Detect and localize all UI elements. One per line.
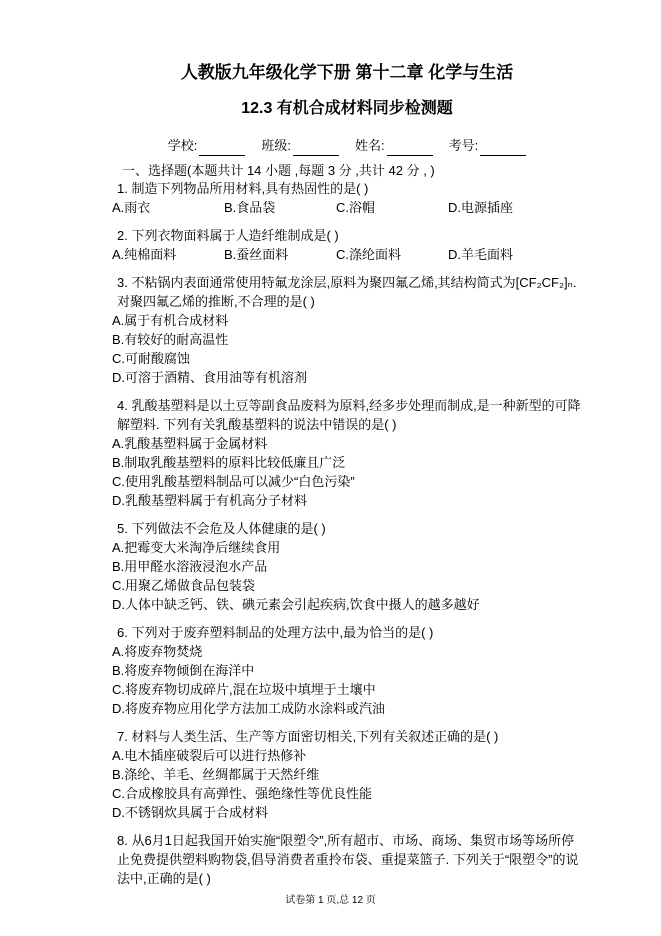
document-title: 人教版九年级化学下册 第十二章 化学与生活: [112, 62, 582, 84]
question-7: 7. 材料与人类生活、生产等方面密切相关,下列有关叙述正确的是( ) A.电木插…: [112, 727, 582, 822]
question-1-options: A.雨衣 B.食品袋 C.浴帽 D.电源插座: [112, 198, 582, 217]
examno-label: 考号:: [449, 136, 479, 156]
question-6-option-b: B.将废弃物倾倒在海洋中: [112, 661, 582, 680]
question-3: 3. 不粘锅内表面通常使用特氟龙涂层,原料为聚四氟乙烯,其结构简式为[CF₂CF…: [112, 273, 582, 387]
question-3-option-a: A.属于有机合成材料: [112, 311, 582, 330]
question-6-stem: 6. 下列对于废弃塑料制品的处理方法中,最为恰当的是( ): [117, 623, 582, 642]
question-1-option-c: C.浴帽: [336, 198, 448, 217]
page-content: 人教版九年级化学下册 第十二章 化学与生活 12.3 有机合成材料同步检测题 学…: [112, 62, 582, 897]
question-6-option-c: C.将废弃物切成碎片,混在垃圾中填埋于土壤中: [112, 680, 582, 699]
test-paper-page: 人教版九年级化学下册 第十二章 化学与生活 12.3 有机合成材料同步检测题 学…: [0, 0, 661, 936]
question-3-option-c: C.可耐酸腐蚀: [112, 349, 582, 368]
question-5-option-a: A.把霉变大米淘净后继续食用: [112, 538, 582, 557]
question-7-option-c: C.合成橡胶具有高弹性、强绝缘性等优良性能: [112, 784, 582, 803]
class-label: 班级:: [261, 136, 291, 156]
question-1: 1. 制造下列物品所用材料,具有热固性的是( ) A.雨衣 B.食品袋 C.浴帽…: [112, 179, 582, 217]
question-2-option-a: A.纯棉面料: [112, 245, 224, 264]
question-4-option-b: B.制取乳酸基塑料的原料比较低廉且广泛: [112, 453, 582, 472]
question-4-option-a: A.乳酸基塑料属于金属材料: [112, 434, 582, 453]
question-8-stem: 8. 从6月1日起我国开始实施“限塑令”,所有超市、市场、商场、集贸市场等场所停…: [117, 831, 582, 888]
question-2-option-d: D.羊毛面料: [448, 245, 513, 264]
question-3-option-b: B.有较好的耐高温性: [112, 330, 582, 349]
question-2-options: A.纯棉面料 B.蚕丝面料 C.涤纶面料 D.羊毛面料: [112, 245, 582, 264]
question-5-option-c: C.用聚乙烯做食品包装袋: [112, 576, 582, 595]
page-footer: 试卷第 1 页,总 12 页: [0, 894, 661, 908]
question-6-option-d: D.将废弃物应用化学方法加工成防水涂料或汽油: [112, 699, 582, 718]
question-2-option-b: B.蚕丝面料: [224, 245, 336, 264]
question-5-option-d: D.人体中缺乏钙、铁、碘元素会引起疾病,饮食中摄人的越多越好: [112, 595, 582, 614]
question-4-option-d: D.乳酸基塑料属于有机高分子材料: [112, 491, 582, 510]
question-3-option-d: D.可溶于酒精、食用油等有机溶剂: [112, 368, 582, 387]
question-2-option-c: C.涤纶面料: [336, 245, 448, 264]
question-2-stem: 2. 下列衣物面料属于人造纤维制成是( ): [117, 226, 582, 245]
question-1-option-b: B.食品袋: [224, 198, 336, 217]
question-7-option-a: A.电木插座破裂后可以进行热修补: [112, 746, 582, 765]
question-6-option-a: A.将废弃物焚烧: [112, 642, 582, 661]
question-1-option-d: D.电源插座: [448, 198, 513, 217]
class-field: 班级:: [261, 136, 339, 156]
name-label: 姓名:: [355, 136, 385, 156]
document-subtitle: 12.3 有机合成材料同步检测题: [112, 98, 582, 120]
question-2: 2. 下列衣物面料属于人造纤维制成是( ) A.纯棉面料 B.蚕丝面料 C.涤纶…: [112, 226, 582, 264]
examno-blank-line: [480, 141, 526, 156]
question-7-option-b: B.涤纶、羊毛、丝绸都属于天然纤维: [112, 765, 582, 784]
question-1-option-a: A.雨衣: [112, 198, 224, 217]
question-5-option-b: B.用甲醛水溶液浸泡水产品: [112, 557, 582, 576]
school-blank-line: [199, 141, 245, 156]
examno-field: 考号:: [449, 136, 527, 156]
question-7-stem: 7. 材料与人类生活、生产等方面密切相关,下列有关叙述正确的是( ): [117, 727, 582, 746]
question-3-stem: 3. 不粘锅内表面通常使用特氟龙涂层,原料为聚四氟乙烯,其结构简式为[CF₂CF…: [117, 273, 582, 311]
question-8: 8. 从6月1日起我国开始实施“限塑令”,所有超市、市场、商场、集贸市场等场所停…: [112, 831, 582, 888]
name-field: 姓名:: [355, 136, 433, 156]
section-header: 一、选择题(本题共计 14 小题 ,每题 3 分 ,共计 42 分 , ): [122, 162, 582, 179]
class-blank-line: [293, 141, 339, 156]
question-4-stem: 4. 乳酸基塑料是以土豆等副食品废料为原料,经多步处理而制成,是一种新型的可降解…: [117, 396, 582, 434]
question-4-option-c: C.使用乳酸基塑料制品可以减少“白色污染”: [112, 472, 582, 491]
question-5-stem: 5. 下列做法不会危及人体健康的是( ): [117, 519, 582, 538]
school-field: 学校:: [168, 136, 246, 156]
question-7-option-d: D.不锈钢炊具属于合成材料: [112, 803, 582, 822]
question-6: 6. 下列对于废弃塑料制品的处理方法中,最为恰当的是( ) A.将废弃物焚烧 B…: [112, 623, 582, 718]
question-5: 5. 下列做法不会危及人体健康的是( ) A.把霉变大米淘净后继续食用 B.用甲…: [112, 519, 582, 614]
question-4: 4. 乳酸基塑料是以土豆等副食品废料为原料,经多步处理而制成,是一种新型的可降解…: [112, 396, 582, 510]
question-1-stem: 1. 制造下列物品所用材料,具有热固性的是( ): [117, 179, 582, 198]
name-blank-line: [387, 141, 433, 156]
school-label: 学校:: [168, 136, 198, 156]
header-fields: 学校: 班级: 姓名: 考号:: [112, 136, 582, 156]
